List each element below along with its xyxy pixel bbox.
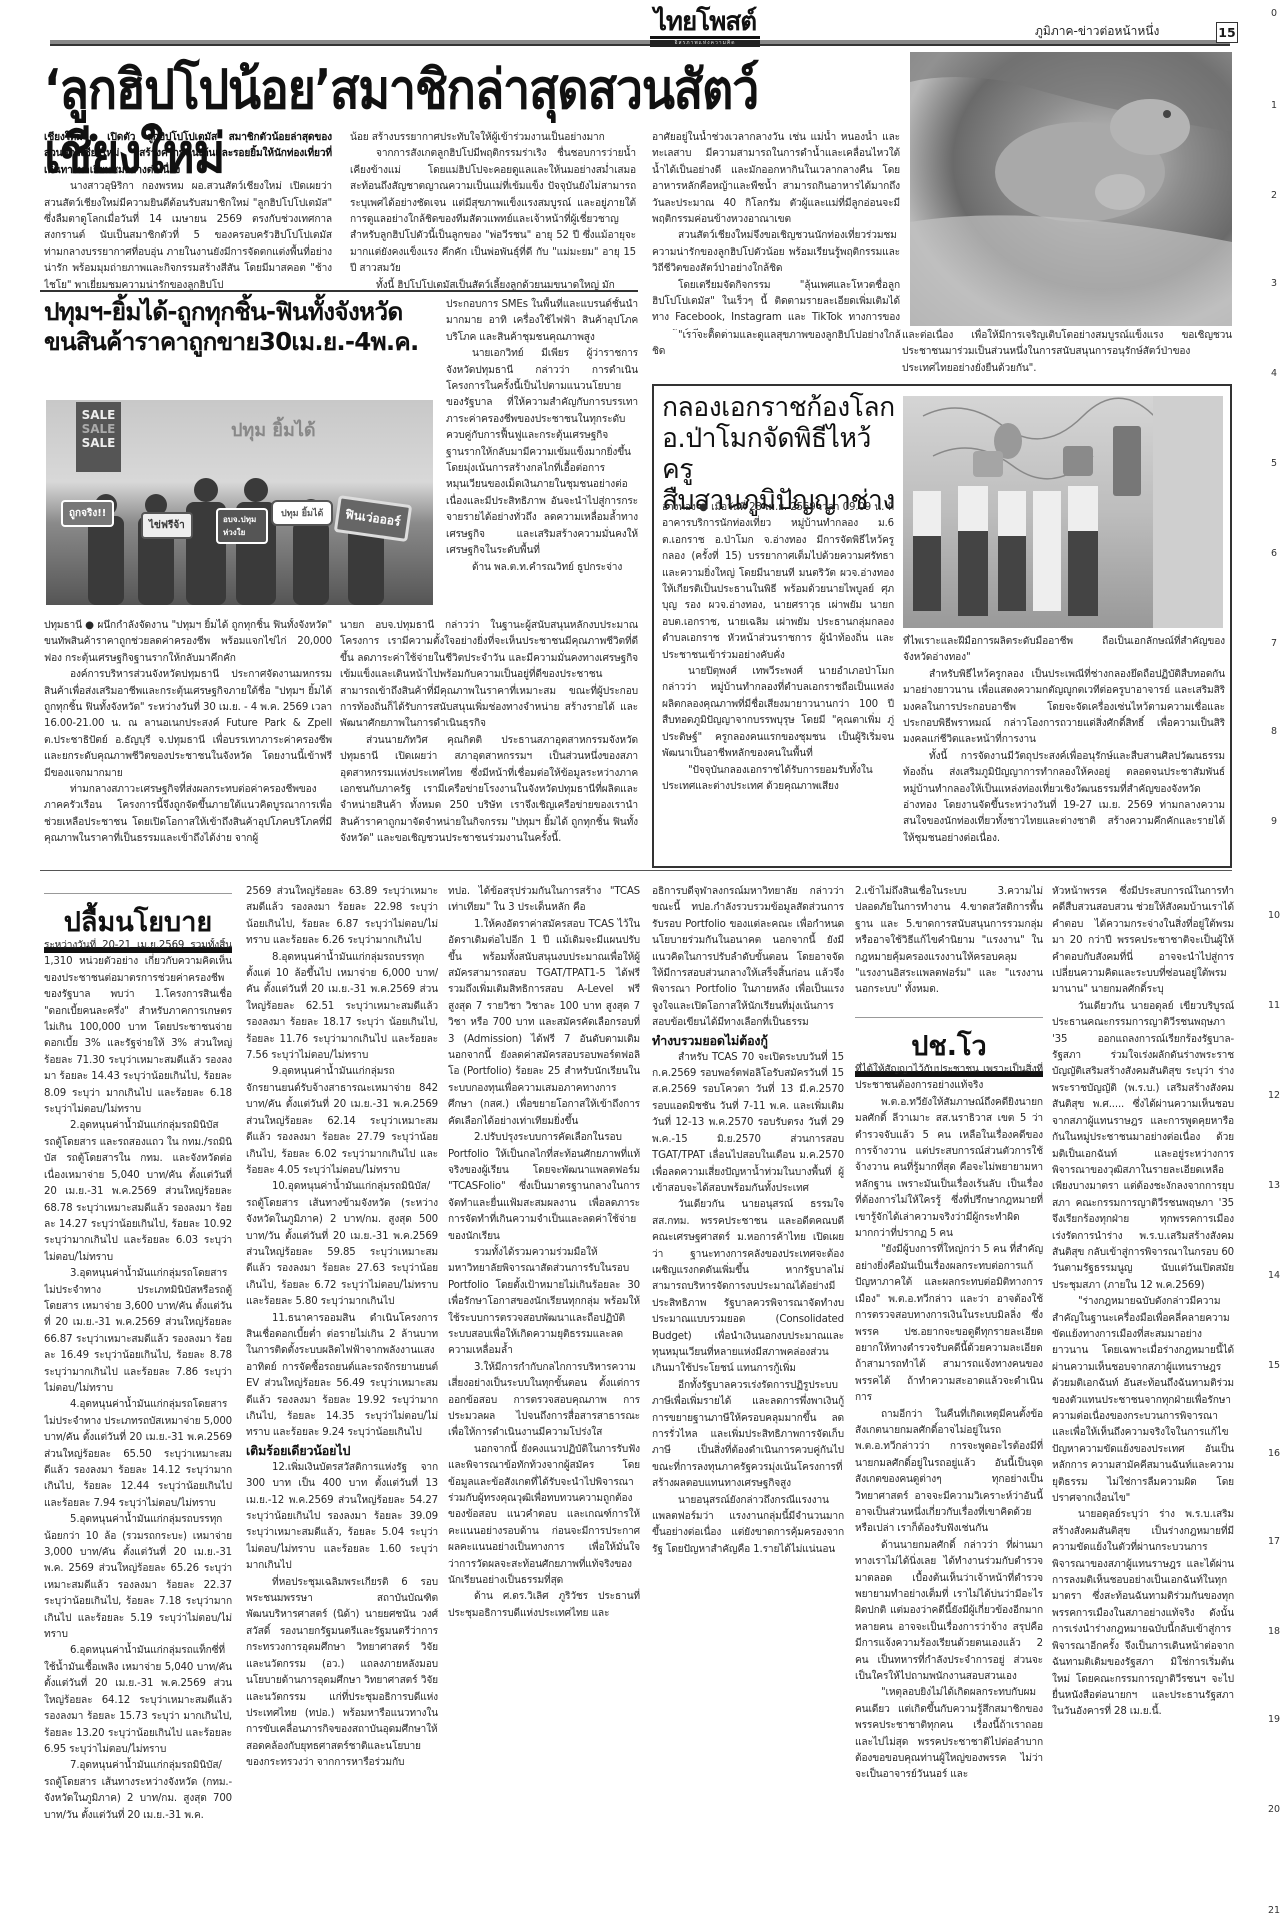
paragraph: นายก อบจ.ปทุมธานี กล่าวว่า ในฐานะผู้สนับ… bbox=[340, 618, 638, 733]
headline-line: อ.ป่าโมกจัดพิธีไหว้ครู bbox=[662, 423, 898, 485]
hippo-column-1: เชียงใหม่ ● เปิดตัว "ลูกฮิปโปโปเตมัส" สม… bbox=[44, 130, 332, 290]
hippo-column-3: อาศัยอยู่ในน้ำช่วงเวลากลางวัน เช่น แม่น้… bbox=[652, 130, 900, 330]
paragraph: อ่างทอง ● เมื่อวันที่ 23 เม.ย. 2569 เวลา… bbox=[662, 500, 894, 664]
paragraph: ด้าน ศ.ดร.วิเลิศ ภูริวัชร ประธานที่ประชุ… bbox=[448, 1589, 640, 1622]
event-logo: ปทุม ยิ้มได้ bbox=[231, 415, 316, 444]
paragraph: "เราจะติดตามและดูแลสุขภาพของลูกฮิปโปอย่า… bbox=[652, 328, 902, 361]
paragraph: วันเดียวกัน นายอดุลย์ เขียวบริบูรณ์ ประธ… bbox=[1052, 999, 1234, 1294]
ruler-mark: 4 bbox=[1262, 368, 1286, 379]
policy-column-4: อธิการบดีจุฬาลงกรณ์มหาวิทยาลัย กล่าวว่า … bbox=[652, 884, 844, 1914]
paragraph: นางสาวอุษิริกา กองพรหม ผอ.สวนสัตว์เชียงใ… bbox=[44, 179, 332, 290]
headline-line: ปทุมฯ-ยิ้มได้-ถูกทุกชิ้น-ฟินทั้งจังหวัด bbox=[44, 297, 444, 327]
pathum-side-column: ประกอบการ SMEs ในพื้นที่และแบรนด์ชั้นนำม… bbox=[446, 297, 638, 607]
ruler-mark: 13 bbox=[1262, 1180, 1286, 1191]
pathum-column-2: นายก อบจ.ปทุมธานี กล่าวว่า ในฐานะผู้สนับ… bbox=[340, 618, 638, 850]
ruler-mark: 7 bbox=[1262, 638, 1286, 649]
paragraph: อาศัยอยู่ในน้ำช่วงเวลากลางวัน เช่น แม่น้… bbox=[652, 130, 900, 228]
ruler-mark: 21 bbox=[1262, 1905, 1286, 1916]
sign-board: ปทุม ยิ้มได้ bbox=[271, 500, 333, 526]
paragraph: 9.อุดหนุนค่าน้ำมันแก่กลุ่มรถจักรยานยนต์ร… bbox=[246, 1064, 438, 1179]
drum-column-1: อ่างทอง ● เมื่อวันที่ 23 เม.ย. 2569 เวลา… bbox=[662, 500, 894, 860]
paragraph: ระหว่างวันที่ 20-21 เม.ย.2569 รวมทั้งสิ้… bbox=[44, 938, 232, 1118]
ruler-mark: 0 bbox=[1262, 8, 1286, 19]
paragraph: 7.อุดหนุนค่าน้ำมันแก่กลุ่มรถมินิบัส/รถตู… bbox=[44, 1758, 232, 1824]
hippo-column-2: น้อย สร้างบรรยากาศประทับใจให้ผู้เข้าร่วม… bbox=[350, 130, 636, 290]
pathum-photo: SALESALESALE ปทุม ยิ้มได้ ถูกจริง!! ไข่ฟ… bbox=[46, 400, 433, 605]
hippo-photo bbox=[910, 52, 1232, 326]
paragraph: ที่ได้ให้สัญญาไว้กับประชาชน เพราะเป็นสิ่… bbox=[855, 1062, 1043, 1095]
policy-column-6: หัวหน้าพรรค ซึ่งมีประสบการณ์ในการทำคดีสื… bbox=[1052, 884, 1234, 1914]
policy-column-3: ทปอ. ได้ข้อสรุปร่วมกันในการสร้าง "TCAS เ… bbox=[448, 884, 640, 1914]
paragraph: 10.อุดหนุนค่าน้ำมันแก่กลุ่มรถมินิบัส/รถต… bbox=[246, 1179, 438, 1310]
paragraph: 5.อุดหนุนค่าน้ำมันแก่กลุ่มรถบรรทุกน้อยกว… bbox=[44, 1512, 232, 1643]
ruler-mark: 14 bbox=[1262, 1270, 1286, 1281]
subheading: เติมร้อยเดียวน้อยไป bbox=[246, 1442, 438, 1460]
pathum-headline: ปทุมฯ-ยิ้มได้-ถูกทุกชิ้น-ฟินทั้งจังหวัด … bbox=[44, 297, 444, 357]
ruler-mark: 19 bbox=[1262, 1714, 1286, 1725]
paragraph: "เหตุลอบยิงไม่ได้เกิดผลกระทบกับผมคนเดียว… bbox=[855, 1685, 1043, 1783]
paragraph: 2.อุดหนุนค่าน้ำมันแก่กลุ่มรถมินิบัส รถตู… bbox=[44, 1118, 232, 1266]
paragraph: โดยเตรียมจัดกิจกรรม "ลุ้นเพศและโหวตชื่อล… bbox=[652, 278, 900, 330]
ruler-mark: 8 bbox=[1262, 726, 1286, 737]
paragraph: ที่ไพเราะและฝีมือการผลิตระดับมืออาชีพ ถื… bbox=[903, 634, 1225, 667]
drum-headline: กลองเอกราชก้องโลก อ.ป่าโมกจัดพิธีไหว้ครู… bbox=[662, 392, 898, 516]
paragraph: นายเอกวิทย์ มีเพียร ผู้ว่าราชการจังหวัดป… bbox=[446, 346, 638, 559]
paragraph: 4.อุดหนุนค่าน้ำมันแก่กลุ่มรถโดยสารไม่ประ… bbox=[44, 1397, 232, 1512]
paragraph: จากการสังเกตลูกฮิปโปมีพฤติกรรมร่าเริง ชื… bbox=[350, 146, 636, 277]
paragraph: 8.อุดหนุนค่าน้ำมันแก่กลุ่มรถบรรทุกตั้งแต… bbox=[246, 950, 438, 1065]
paragraph: ปทุมธานี ● ผนึกกำลังจัดงาน "ปทุมฯ ยิ้มได… bbox=[44, 618, 332, 667]
ruler-mark: 12 bbox=[1262, 1090, 1286, 1101]
sign-board: ไข่ฟรีจ้า bbox=[141, 512, 193, 539]
subheading: ทำงบรวมยอดไม่ต้องกู้ bbox=[652, 1032, 844, 1050]
paragraph: ด้านนายกมลศักดิ์ กล่าวว่า ที่ผ่านมาทางเร… bbox=[855, 1538, 1043, 1686]
ruler-mark: 5 bbox=[1262, 458, 1286, 469]
paragraph: นายปิตุพงศ์ เทพวีระพงศ์ นายอำเภอป่าโมก ก… bbox=[662, 664, 894, 762]
policy-column-5: 2.เข้าไม่ถึงสินเชื่อในระบบ 3.ความไม่ปลอด… bbox=[855, 884, 1043, 1004]
paragraph: นอกจากนี้ ยังคงแนวปฏิบัติในการรับฟังและพ… bbox=[448, 1442, 640, 1590]
page-ruler: 0123456789101112131415161718192021 bbox=[1262, 0, 1286, 1920]
drum-ceremony-photo bbox=[903, 396, 1223, 628]
hippo-column-4: และต่อเนื่อง เพื่อให้มีการเจริญเติบโตอย่… bbox=[902, 328, 1232, 378]
hippo-image-icon bbox=[910, 52, 1232, 326]
ruler-mark: 11 bbox=[1262, 1000, 1286, 1011]
page-number: 15 bbox=[1216, 22, 1238, 43]
ruler-mark: 18 bbox=[1262, 1626, 1286, 1637]
headline-line: กลองเอกราชก้องโลก bbox=[662, 392, 898, 423]
ruler-mark: 17 bbox=[1262, 1536, 1286, 1547]
paragraph: 11.ธนาคารออมสิน ดำเนินโครงการสินเชื่อดอก… bbox=[246, 1311, 438, 1442]
policy-column-1: ระหว่างวันที่ 20-21 เม.ย.2569 รวมทั้งสิ้… bbox=[44, 938, 232, 1913]
paragraph: และต่อเนื่อง เพื่อให้มีการเจริญเติบโตอย่… bbox=[902, 328, 1232, 377]
paragraph: องค์การบริหารส่วนจังหวัดปทุมธานี ประกาศจ… bbox=[44, 667, 332, 782]
ceremony-scene-icon bbox=[903, 396, 1223, 628]
ruler-mark: 16 bbox=[1262, 1448, 1286, 1459]
section-label: ภูมิภาค-ข่าวต่อหน้าหนึ่ง bbox=[1035, 22, 1159, 41]
paragraph: สวนสัตว์เชียงใหม่จึงขอเชิญชวนนักท่องเที่… bbox=[652, 228, 900, 277]
hippo-lead: เชียงใหม่ ● เปิดตัว "ลูกฮิปโปโปเตมัส" สม… bbox=[44, 130, 332, 179]
ruler-mark: 1 bbox=[1262, 100, 1286, 111]
section-divider bbox=[40, 290, 638, 292]
paragraph: ส่วนนายภัทวิศ คุณกิตติ ประธานสภาอุตสาหกร… bbox=[340, 733, 638, 848]
paragraph: 1.ให้คงอัตราค่าสมัครสอบ TCAS ไว้ในอัตราเ… bbox=[448, 917, 640, 1130]
paragraph: วันเดียวกัน นายอนุสรณ์ ธรรมใจ สส.กทม. พร… bbox=[652, 1197, 844, 1377]
paragraph: 2.ปรับปรุงระบบการคัดเลือกในรอบ Portfolio… bbox=[448, 1130, 640, 1245]
paragraph: 3.ให้มีการกำกับกลไกการบริหารความเสี่ยงอย… bbox=[448, 1360, 640, 1442]
paragraph: อธิการบดีจุฬาลงกรณ์มหาวิทยาลัย กล่าวว่า … bbox=[652, 884, 844, 1032]
hippo-column-3b: "เราจะติดตามและดูแลสุขภาพของลูกฮิปโปอย่า… bbox=[652, 328, 902, 378]
paragraph: 12.เพิ่มเงินบัตรสวัสดิการแห่งรัฐ จาก 300… bbox=[246, 1460, 438, 1575]
paragraph: 2.เข้าไม่ถึงสินเชื่อในระบบ 3.ความไม่ปลอด… bbox=[855, 884, 1043, 999]
paragraph: ทั้งนี้ ฮิปโปโปเตมัสเป็นสัตว์เลี้ยงลูกด้… bbox=[350, 278, 636, 290]
ruler-mark: 6 bbox=[1262, 548, 1286, 559]
paragraph: 6.อุดหนุนค่าน้ำมันแก่กลุ่มรถแท็กซี่ที่ใช… bbox=[44, 1643, 232, 1758]
paragraph: อีกทั้งรัฐบาลควรเร่งรัดการปฏิรูประบบภาษี… bbox=[652, 1378, 844, 1493]
section-divider bbox=[40, 870, 1232, 871]
drum-column-2: ที่ไพเราะและฝีมือการผลิตระดับมืออาชีพ ถื… bbox=[903, 634, 1225, 862]
ruler-mark: 2 bbox=[1262, 190, 1286, 201]
sign-board: อบจ.ปทุม ห่วงใย bbox=[216, 508, 268, 544]
paragraph: ด้าน พล.ต.ท.คำรณวิทย์ ธูปกระจ่าง bbox=[446, 560, 638, 576]
paragraph: ประกอบการ SMEs ในพื้นที่และแบรนด์ชั้นนำม… bbox=[446, 297, 638, 346]
ruler-mark: 9 bbox=[1262, 816, 1286, 827]
ruler-mark: 10 bbox=[1262, 910, 1286, 921]
paragraph: "ปัจจุบันกลองเอกราชได้รับการยอมรับทั้งใน… bbox=[662, 763, 894, 796]
paragraph: พ.ต.อ.ทวียังให้สัมภาษณ์ถึงคดียิงนายกมลศั… bbox=[855, 1095, 1043, 1243]
headline-line: ขนสินค้าราคาถูกขาย30เม.ย.-4พ.ค. bbox=[44, 327, 444, 357]
ruler-mark: 3 bbox=[1262, 278, 1286, 289]
paragraph: ท่ามกลางสภาวะเศรษฐกิจที่ส่งผลกระทบต่อค่า… bbox=[44, 782, 332, 848]
paragraph: 2569 ส่วนใหญ่ร้อยละ 63.89 ระบุว่าเหมาะสม… bbox=[246, 884, 438, 950]
pathum-column-1: ปทุมธานี ● ผนึกกำลังจัดงาน "ปทุมฯ ยิ้มได… bbox=[44, 618, 332, 850]
sign-board: ถูกจริง!! bbox=[61, 500, 114, 527]
ruler-mark: 15 bbox=[1262, 1360, 1286, 1371]
paragraph: น้อย สร้างบรรยากาศประทับใจให้ผู้เข้าร่วม… bbox=[350, 130, 636, 146]
paragraph: ที่หอประชุมเฉลิมพระเกียรติ 6 รอบพระชนมพร… bbox=[246, 1575, 438, 1772]
logo-tagline: อิสรภาพแห่งความคิด bbox=[650, 40, 760, 47]
paragraph: ถามอีกว่า ในคืนที่เกิดเหตุมีคนตั้งข้อสัง… bbox=[855, 1407, 1043, 1538]
paragraph: ทั้งนี้ การจัดงานมีวัตถุประสงค์เพื่ออนุร… bbox=[903, 749, 1225, 847]
logo-text: ไทยโพสต์ bbox=[650, 8, 760, 39]
paragraph: "ยังมีผู้บงการที่ใหญ่กว่า 5 คน ที่สำคัญอ… bbox=[855, 1242, 1043, 1406]
paragraph: นายอดุลย์ระบุว่า ร่าง พ.ร.บ.เสริมสร้างสั… bbox=[1052, 1507, 1234, 1720]
policy-column-5b: ที่ได้ให้สัญญาไว้กับประชาชน เพราะเป็นสิ่… bbox=[855, 1062, 1043, 1912]
paragraph: นายอนุสรณ์ยังกล่าวถึงกรณีแรงงานแพลตฟอร์ม… bbox=[652, 1493, 844, 1559]
paragraph: หัวหน้าพรรค ซึ่งมีประสบการณ์ในการทำคดีสื… bbox=[1052, 884, 1234, 999]
paragraph: 3.อุดหนุนค่าน้ำมันแก่กลุ่มรถโดยสารไม่ประ… bbox=[44, 1266, 232, 1397]
ruler-mark: 20 bbox=[1262, 1804, 1286, 1815]
paragraph: สำหรับพิธีไหว้ครูกลอง เป็นประเพณีที่ช่าง… bbox=[903, 667, 1225, 749]
paragraph: ทปอ. ได้ข้อสรุปร่วมกันในการสร้าง "TCAS เ… bbox=[448, 884, 640, 917]
newspaper-logo: ไทยโพสต์ อิสรภาพแห่งความคิด bbox=[650, 8, 760, 48]
paragraph: "ร่างกฎหมายฉบับดังกล่าวมีความสำคัญในฐานะ… bbox=[1052, 1294, 1234, 1507]
paragraph: รวมทั้งได้รวมความร่วมมือให้มหาวิทยาลัยพิ… bbox=[448, 1245, 640, 1360]
policy-column-2: 2569 ส่วนใหญ่ร้อยละ 63.89 ระบุว่าเหมาะสม… bbox=[246, 884, 438, 1914]
paragraph: สำหรับ TCAS 70 จะเปิดระบบวันที่ 15 ก.ค.2… bbox=[652, 1050, 844, 1198]
